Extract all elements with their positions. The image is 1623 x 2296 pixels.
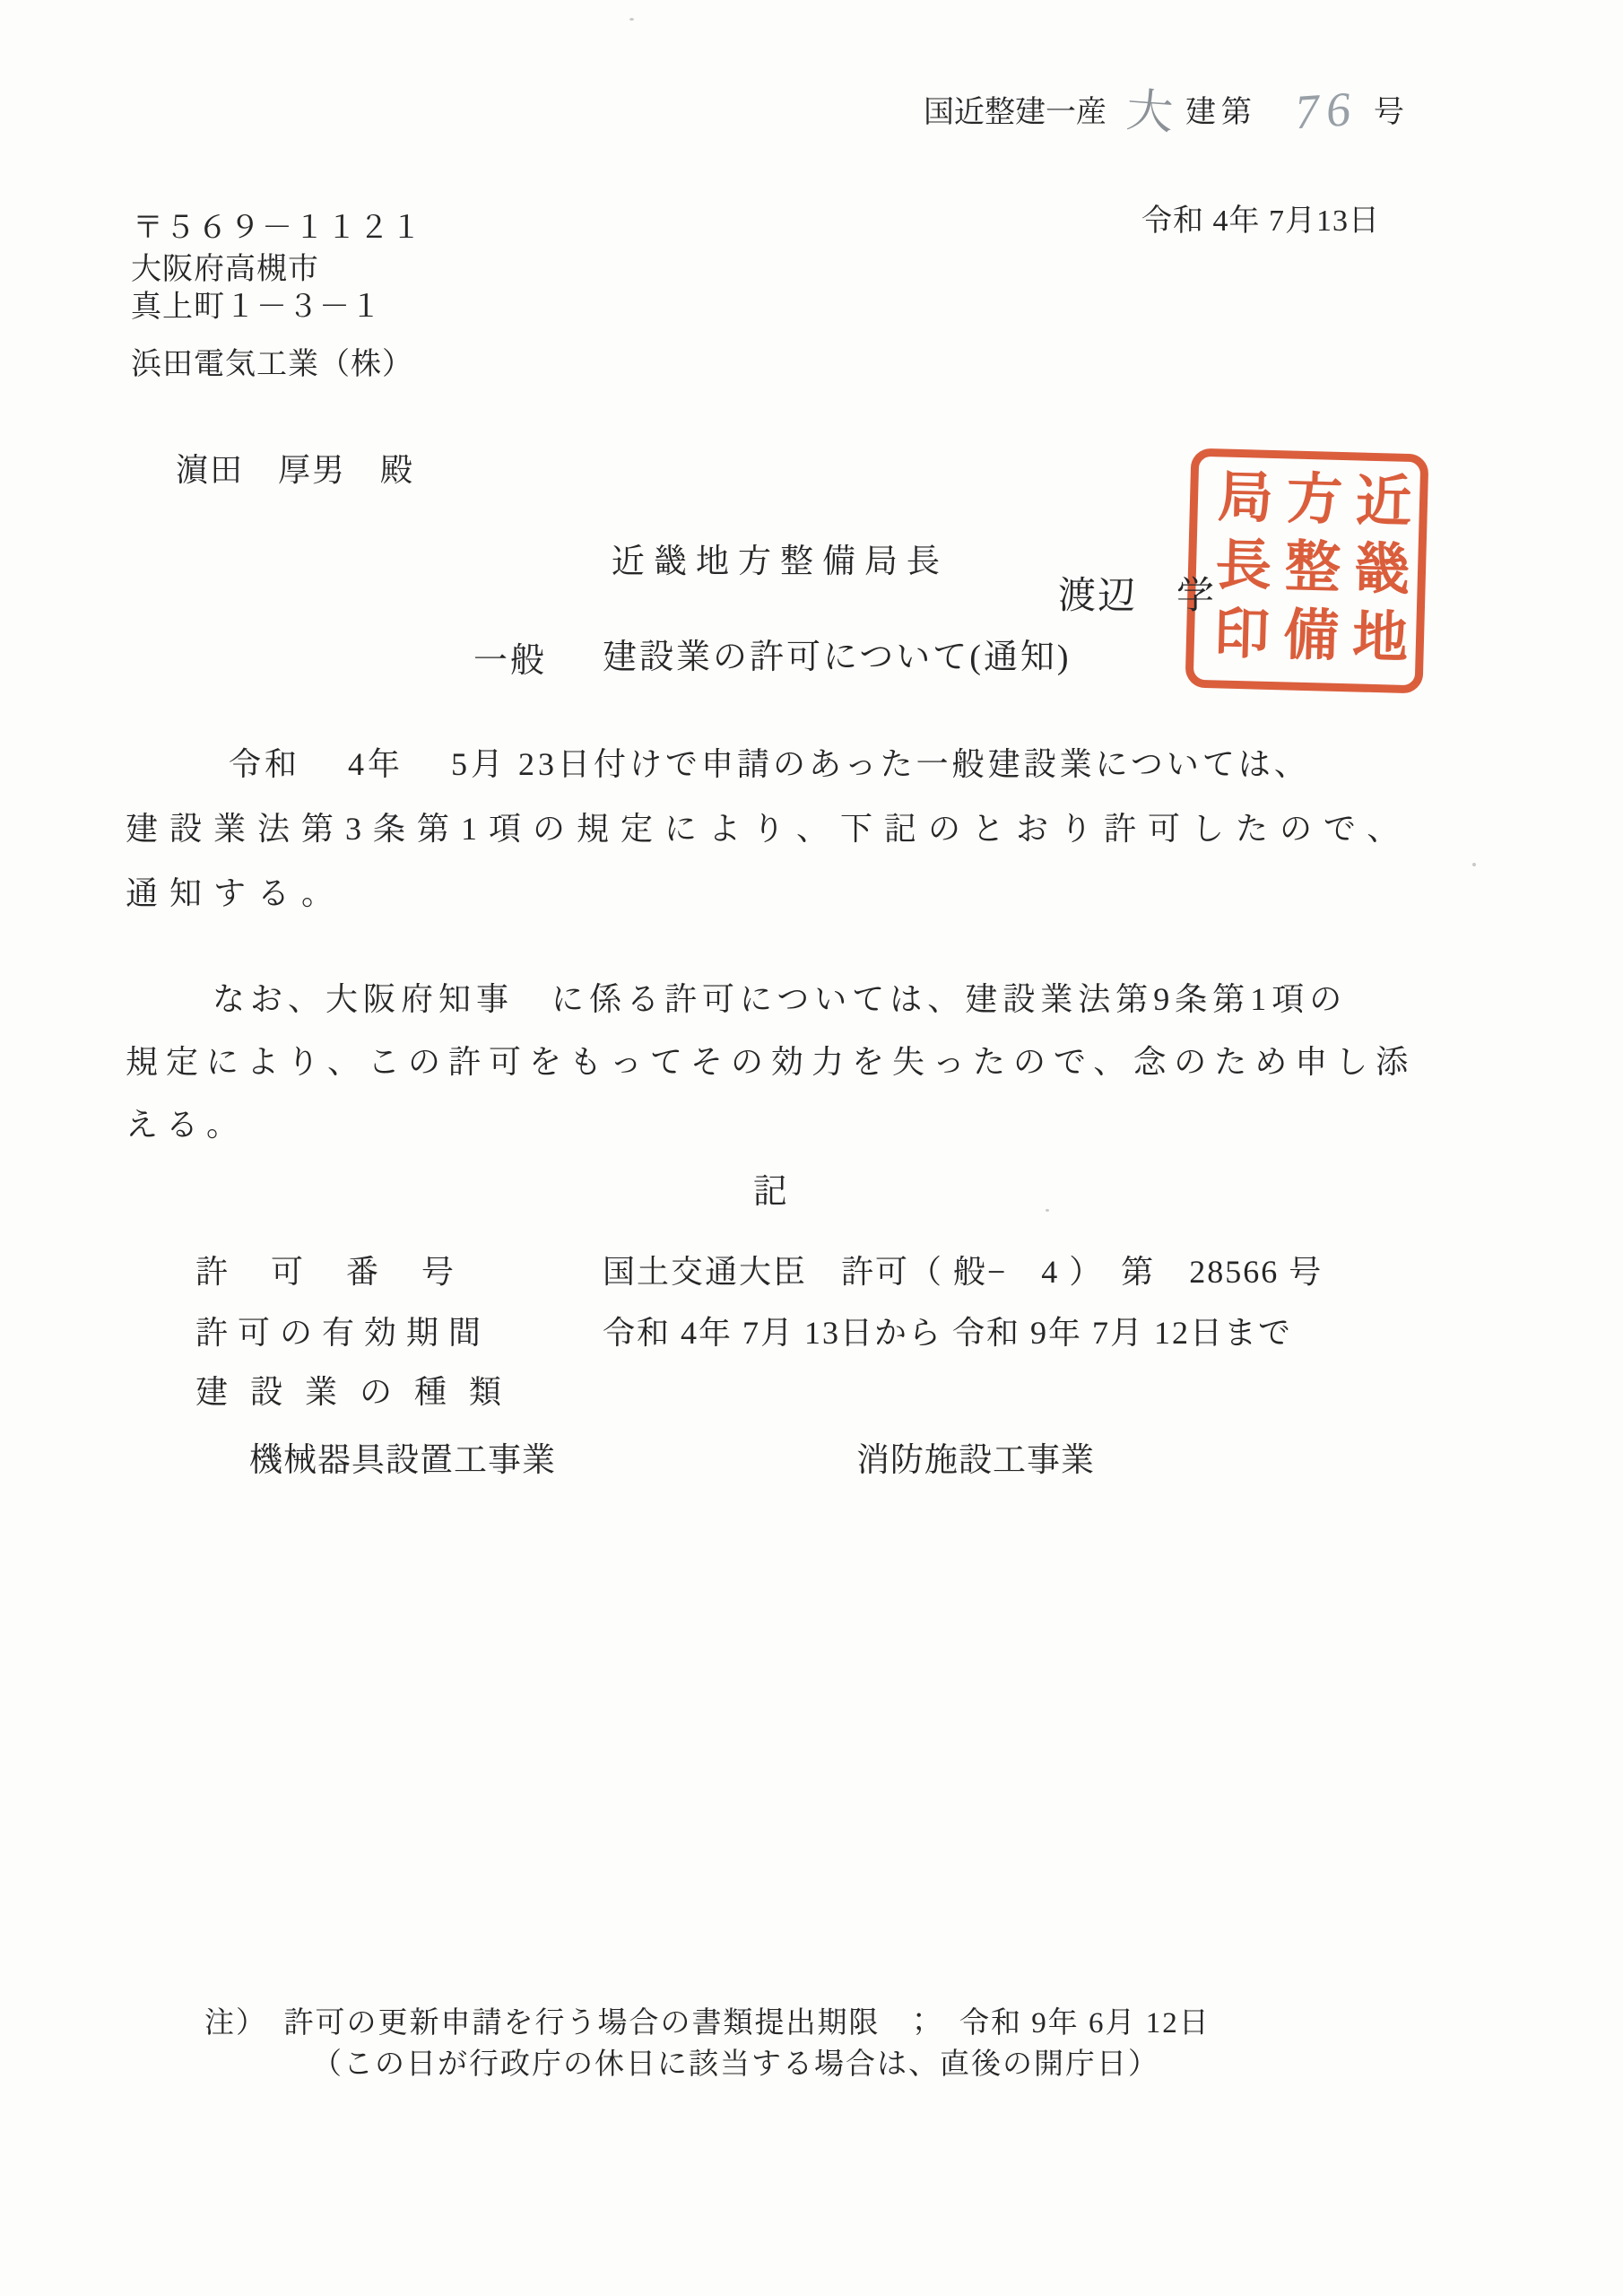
official-red-seal: 近畿地 方整備 局長印 [1185, 448, 1429, 694]
recipient-street: 真上町１－３－１ [131, 292, 382, 323]
record-row-permit-number-label: 許 可 番 号 [195, 1256, 459, 1288]
record-row-permit-number-value: 国土交通大臣 許可（ 般− 4 ） 第 28566 号 [603, 1256, 1323, 1288]
document-number: 国近整建一産 大 建第 76 号 [924, 86, 1404, 140]
seal-column-middle: 方整備 [1277, 468, 1338, 674]
scan-speck [629, 18, 634, 21]
recipient-person: 濵田 厚男 殿 [176, 454, 414, 486]
footnote-line2: （この日が行政庁の休日に該当する場合は、直後の開庁日） [312, 2050, 1159, 2080]
footnote-line1: 注） 許可の更新申請を行う場合の書類提出期限 ； 令和 9年 6月 12日 [204, 2009, 1211, 2039]
handwritten-region-character: 大 [1124, 88, 1175, 138]
record-row-business-kind-label: 建 設 業 の 種 類 [195, 1376, 508, 1408]
business-type-fire-fighting: 消防施設工事業 [856, 1444, 1095, 1477]
paragraph1-line1: 令和 4年 5月 23日付けで申請のあった一般建設業については、 [229, 748, 1310, 780]
issue-date: 令和 4年 7月13日 [1141, 206, 1380, 237]
paragraph2-line1: なお、大阪府知事 に係る許可については、建設業法第9条第1項の [213, 983, 1347, 1015]
seal-column-left: 局長印 [1207, 466, 1268, 673]
record-row-validity-value: 令和 4年 7月 13日から 令和 9年 7月 12日まで [603, 1317, 1292, 1349]
paragraph2-line3: える。 [126, 1109, 247, 1141]
recipient-postal-code: 〒５６９－１１２１ [133, 213, 423, 244]
sender-name: 渡辺 学 [1058, 578, 1216, 615]
sender-org-title: 近畿地方整備局長 [612, 545, 949, 578]
paragraph1-line3: 通知する。 [126, 877, 345, 909]
subject-category: 一般 [473, 644, 547, 678]
document-number-series: 建第 [1185, 98, 1257, 128]
paragraph2-line2: 規定により、この許可をもってその効力を失ったので、念のため申し添 [126, 1046, 1416, 1078]
document-number-counter: 号 [1374, 98, 1404, 128]
record-heading: 記 [126, 1175, 1417, 1209]
handwritten-document-number: 76 [1293, 84, 1359, 137]
subject-title: 建設業の許可について(通知) [603, 640, 1072, 674]
record-row-validity-label: 許可の有効期間 [195, 1317, 490, 1349]
recipient-city: 大阪府高槻市 [131, 255, 319, 285]
paragraph1-line2: 建設業法第3条第1項の規定により、下記のとおり許可したので、 [126, 813, 1410, 845]
document-number-agency-code: 国近整建一産 [924, 98, 1107, 128]
seal-column-right: 近畿地 [1346, 470, 1407, 676]
recipient-company: 浜田電気工業（株） [131, 350, 413, 380]
business-type-machinery: 機械器具設置工事業 [249, 1444, 556, 1477]
scan-speck [1472, 863, 1476, 866]
scan-speck [1046, 1209, 1049, 1212]
